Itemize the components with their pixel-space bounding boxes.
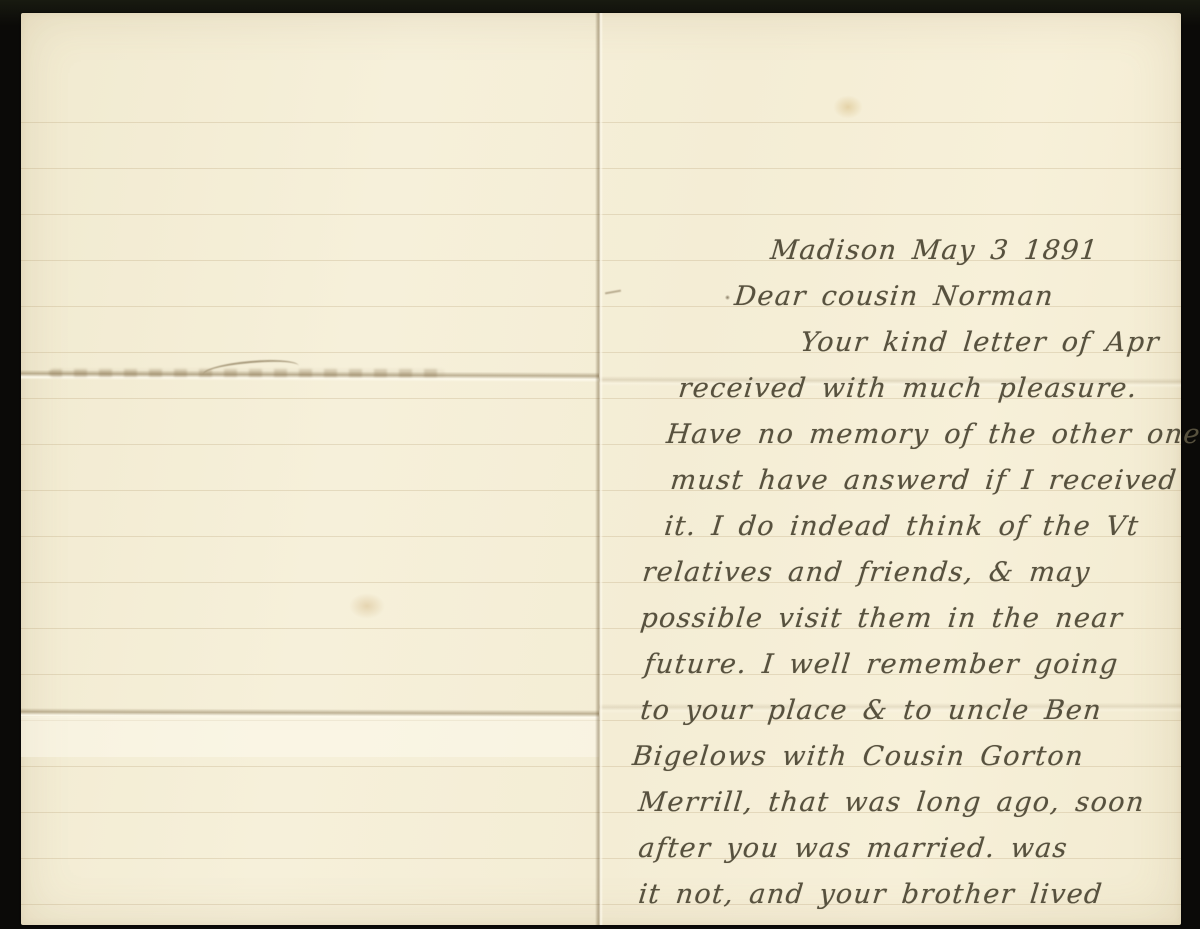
letter-dateline: Madison May 3 1891 xyxy=(768,228,1190,274)
letter-body-line: it not, and your brother lived xyxy=(636,872,1190,918)
letter-body-line: it. I do indead think of the Vt xyxy=(662,504,1190,550)
letter-text: Madison May 3 1891 Dear cousin Norman Yo… xyxy=(600,228,1185,918)
horizontal-fold-crease-lower-left xyxy=(21,708,599,720)
letter-body-line: to your place & to uncle Ben xyxy=(638,688,1190,734)
letter-body-line: received with much pleasure. xyxy=(676,366,1190,412)
letter-body-line: Bigelows with Cousin Gorton xyxy=(630,734,1190,780)
letter-salutation: Dear cousin Norman xyxy=(732,274,1190,320)
scanner-background: { "scan": { "description": "Scanned hand… xyxy=(0,0,1200,929)
letter-body-line: Your kind letter of Apr xyxy=(798,320,1190,366)
letter-sheet: Madison May 3 1891 Dear cousin Norman Yo… xyxy=(21,13,1181,925)
letter-body-line: relatives and friends, & may xyxy=(640,550,1190,596)
letter-body-line: after you was married. was xyxy=(636,826,1190,872)
letter-body-line: Have no memory of the other one. xyxy=(664,412,1190,458)
paper-stain xyxy=(833,95,863,119)
paper-stain xyxy=(349,593,385,619)
letter-body-line: future. I well remember going xyxy=(642,642,1190,688)
letter-body-line: possible visit them in the near xyxy=(638,596,1190,642)
letter-body-line: Merrill, that was long ago, soon xyxy=(636,780,1190,826)
fold-band-shading xyxy=(21,717,599,757)
letter-body-line: must have answerd if I received xyxy=(668,458,1190,504)
